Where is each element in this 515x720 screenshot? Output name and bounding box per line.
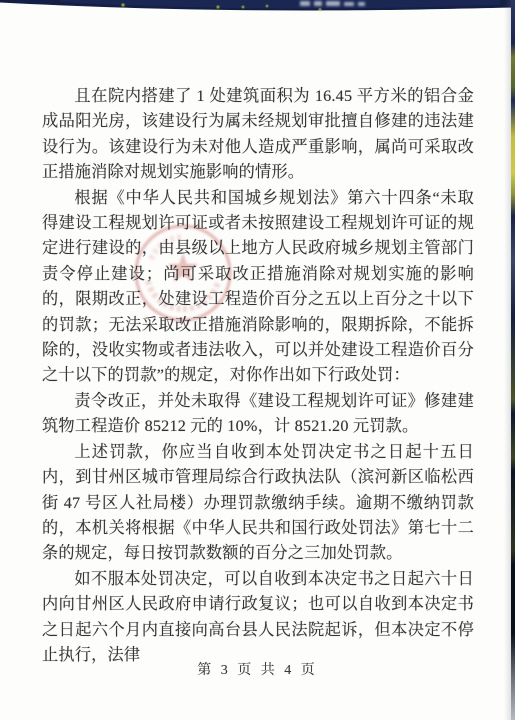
paragraph-payment-instructions: 上述罚款，你应当自收到本处罚决定书之日起十五日内，到甘州区城市管理局综合行政执法… <box>42 440 474 567</box>
paragraph-penalty-decision: 责令改正，并处未取得《建设工程规划许可证》修建建筑物工程造价 85212 元的 … <box>42 389 474 440</box>
paragraph-finding: 且在院内搭建了 1 处建筑面积为 16.45 平方米的铝合金成品阳光房，该建设行… <box>42 84 474 186</box>
book-spine-edge <box>511 0 515 720</box>
scanned-document-photo: 且在院内搭建了 1 处建筑面积为 16.45 平方米的铝合金成品阳光房，该建设行… <box>0 0 515 720</box>
page-number-footer: 第 3 页 共 4 页 <box>0 659 515 679</box>
paragraph-appeal-rights: 如不服本处罚决定，可以自收到本决定书之日起六十日内向甘州区人民政府申请行政复议；… <box>42 567 474 669</box>
paragraph-legal-basis: 根据《中华人民共和国城乡规划法》第六十四条“未取得建设工程规划许可证或者未按照建… <box>42 186 474 389</box>
folder-edge-top <box>0 0 515 14</box>
page-edge-shadow <box>504 0 511 720</box>
document-body: 且在院内搭建了 1 处建筑面积为 16.45 平方米的铝合金成品阳光房，该建设行… <box>42 84 474 668</box>
